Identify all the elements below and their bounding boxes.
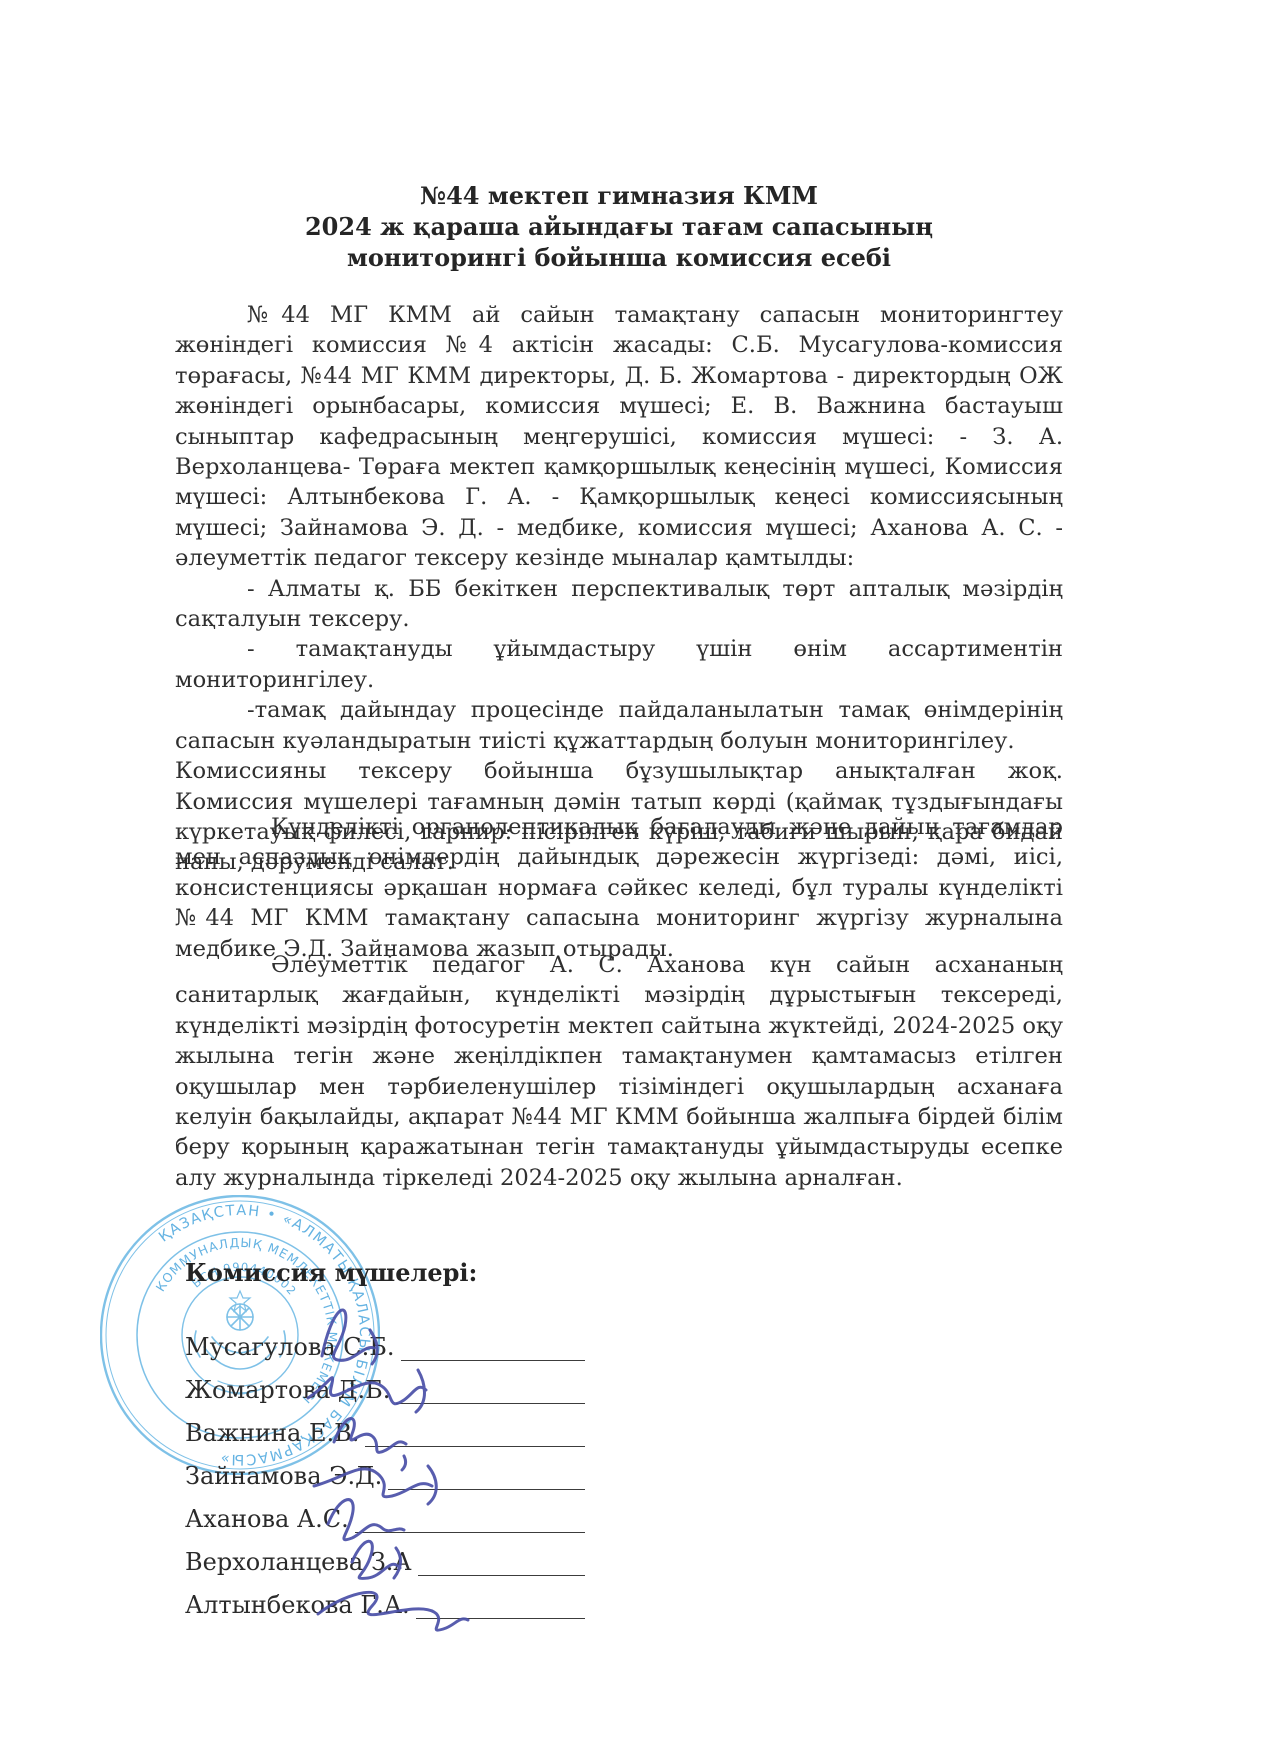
- paragraph-organoleptic: Күнделікті органолептикалық бағалауды жә…: [175, 812, 1063, 964]
- scanned-report-page: ҚАЗАҚСТАН • «АЛМАТЫ ҚАЛАСЫ БІЛІМ БАСҚАРМ…: [0, 0, 1276, 1755]
- body-block-2: Күнделікті органолептикалық бағалауды жә…: [175, 812, 1063, 964]
- paragraph-social-pedagog: Әлеуметтік педагог А. С. Аханова күн сай…: [175, 950, 1063, 1193]
- bullet-item: -тамақ дайындау процесінде пайдаланылаты…: [175, 695, 1063, 756]
- document-title-line: 2024 ж қараша айындағы тағам сапасының: [175, 211, 1063, 242]
- body-block-1: №44 МГ КММ ай сайын тамақтану сапасын мо…: [175, 300, 1063, 878]
- bullet-item: - Алматы қ. ББ бекіткен перспективалық т…: [175, 574, 1063, 635]
- document-title-line: мониторингі бойынша комиссия есебі: [175, 242, 1063, 273]
- document-title-line: №44 мектеп гимназия КММ: [175, 180, 1063, 211]
- paragraph-intro: №44 МГ КММ ай сайын тамақтану сапасын мо…: [175, 300, 1063, 574]
- signature-heading: Комиссия мүшелері:: [185, 1258, 477, 1287]
- signature-ink: [300, 1290, 630, 1640]
- document-title: №44 мектеп гимназия КММ 2024 ж қараша ай…: [175, 180, 1063, 273]
- bullet-item: - тамақтануды ұйымдастыру үшін өнім асса…: [175, 634, 1063, 695]
- body-block-3: Әлеуметтік педагог А. С. Аханова күн сай…: [175, 950, 1063, 1193]
